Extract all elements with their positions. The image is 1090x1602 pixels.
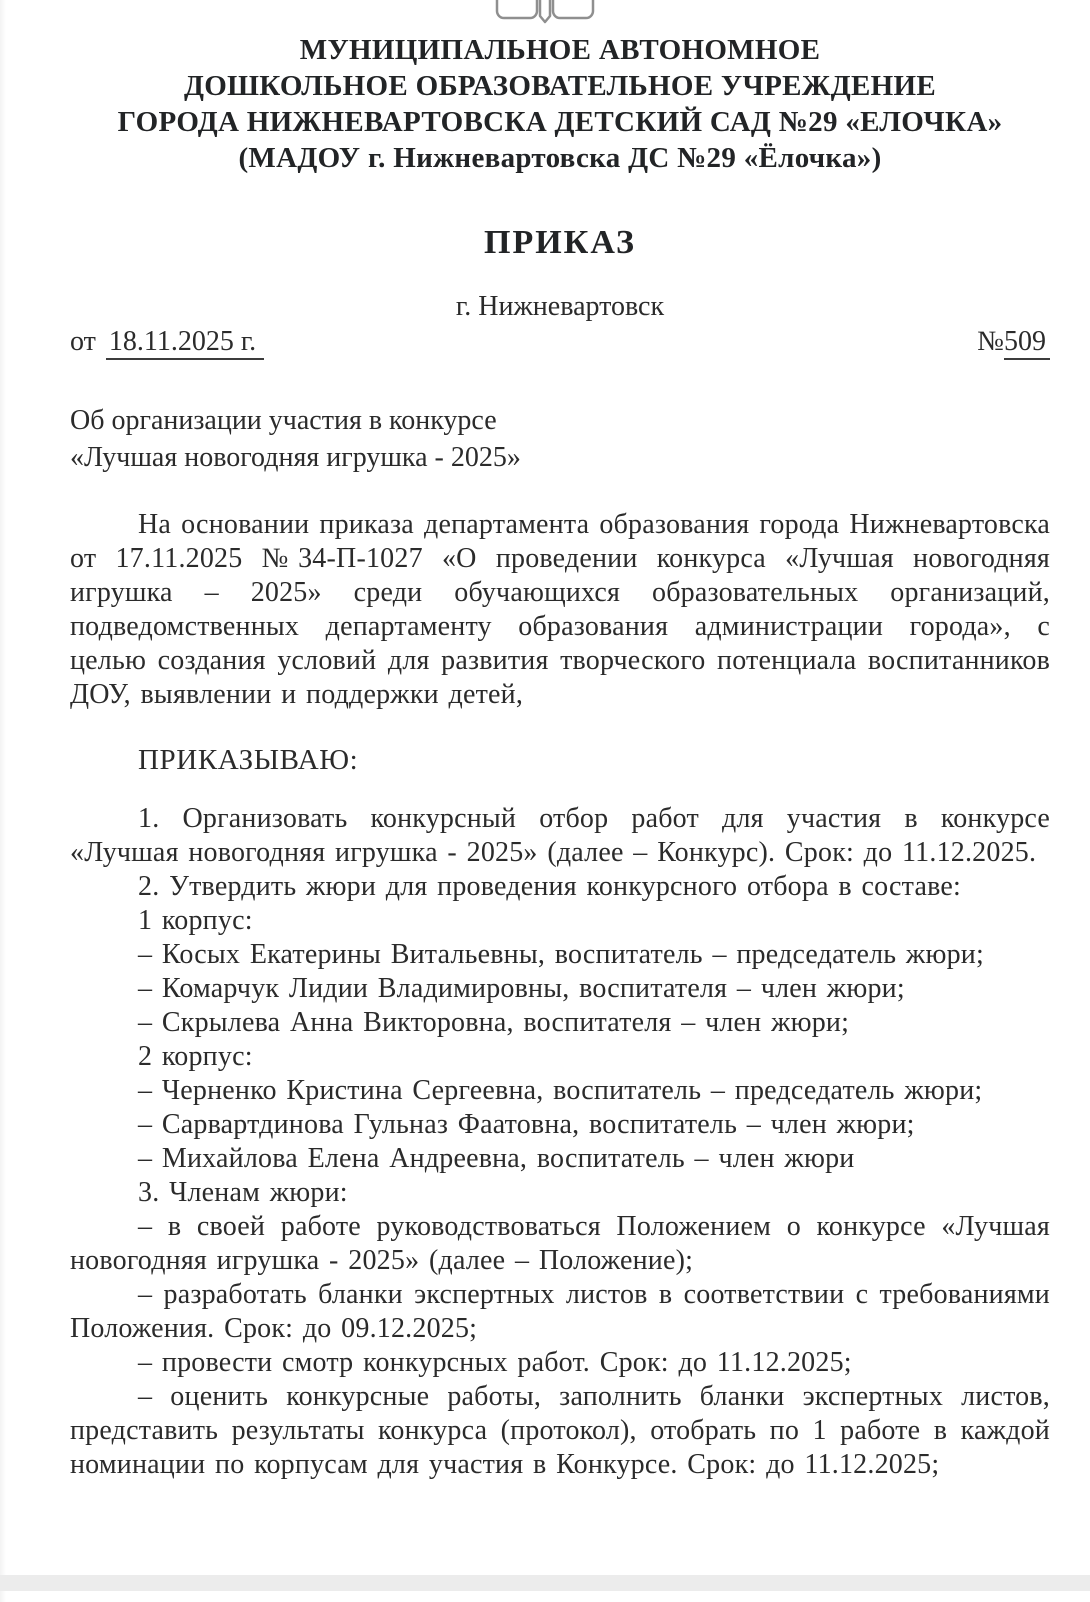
preamble-paragraph: На основании приказа департамента образо… xyxy=(70,508,1050,712)
org-name-line-2: ДОШКОЛЬНОЕ ОБРАЗОВАТЕЛЬНОЕ УЧРЕЖДЕНИЕ xyxy=(70,68,1050,104)
scanned-order-document: МУНИЦИПАЛЬНОЕ АВТОНОМНОЕ ДОШКОЛЬНОЕ ОБРА… xyxy=(0,0,1090,1602)
jury-member-item: – Сарвартдинова Гульназ Фаатовна, воспит… xyxy=(70,1108,1050,1142)
jury-member-item: – Черненко Кристина Сергеевна, воспитате… xyxy=(70,1074,1050,1108)
org-name-line-3: ГОРОДА НИЖНЕВАРТОВСКА ДЕТСКИЙ САД №29 «Е… xyxy=(70,104,1050,140)
order-item-2: 2. Утвердить жюри для проведения конкурс… xyxy=(70,870,1050,904)
order-item-1: 1. Организовать конкурсный отбор работ д… xyxy=(70,802,1050,870)
order-items: 1. Организовать конкурсный отбор работ д… xyxy=(70,802,1050,1482)
order-number-field: №509 xyxy=(977,324,1050,360)
corpus-1-label: 1 корпус: xyxy=(70,904,1050,938)
organization-name-block: МУНИЦИПАЛЬНОЕ АВТОНОМНОЕ ДОШКОЛЬНОЕ ОБРА… xyxy=(70,0,1050,176)
scan-artifact-band xyxy=(0,1575,1090,1591)
task-item: – в своей работе руководствоваться Полож… xyxy=(70,1210,1050,1278)
jury-member-item: – Комарчук Лидии Владимировны, воспитате… xyxy=(70,972,1050,1006)
number-sign: № xyxy=(977,326,1004,357)
city-line: г. Нижневартовск xyxy=(70,290,1050,324)
org-name-line-1: МУНИЦИПАЛЬНОЕ АВТОНОМНОЕ xyxy=(70,32,1050,68)
document-content: МУНИЦИПАЛЬНОЕ АВТОНОМНОЕ ДОШКОЛЬНОЕ ОБРА… xyxy=(0,0,1090,1482)
corpus-2-label: 2 корпус: xyxy=(70,1040,1050,1074)
subject-line-1: Об организации участия в конкурсе xyxy=(70,402,1050,439)
jury-member-item: – Скрылева Анна Викторовна, воспитателя … xyxy=(70,1006,1050,1040)
task-item: – оценить конкурсные работы, заполнить б… xyxy=(70,1380,1050,1482)
number-value: 509 xyxy=(1004,326,1050,360)
date-value: 18.11.2025 г. xyxy=(106,326,264,360)
jury-member-item: – Михайлова Елена Андреевна, воспитатель… xyxy=(70,1142,1050,1176)
date-number-row: от18.11.2025 г. №509 xyxy=(70,324,1050,360)
task-item: – разработать бланки экспертных листов в… xyxy=(70,1278,1050,1346)
order-heading: ПРИКАЗЫВАЮ: xyxy=(70,742,1050,778)
subject-line-2: «Лучшая новогодняя игрушка - 2025» xyxy=(70,439,1050,476)
subject-block: Об организации участия в конкурсе «Лучша… xyxy=(70,402,1050,476)
date-prefix: от xyxy=(70,326,96,357)
jury-member-item: – Косых Екатерины Витальевны, воспитател… xyxy=(70,938,1050,972)
date-field: от18.11.2025 г. xyxy=(70,324,264,360)
document-title: ПРИКАЗ xyxy=(70,222,1050,264)
order-item-3: 3. Членам жюри: xyxy=(70,1176,1050,1210)
task-item: – провести смотр конкурсных работ. Срок:… xyxy=(70,1346,1050,1380)
org-name-line-4: (МАДОУ г. Нижневартовска ДС №29 «Ёлочка»… xyxy=(70,140,1050,176)
